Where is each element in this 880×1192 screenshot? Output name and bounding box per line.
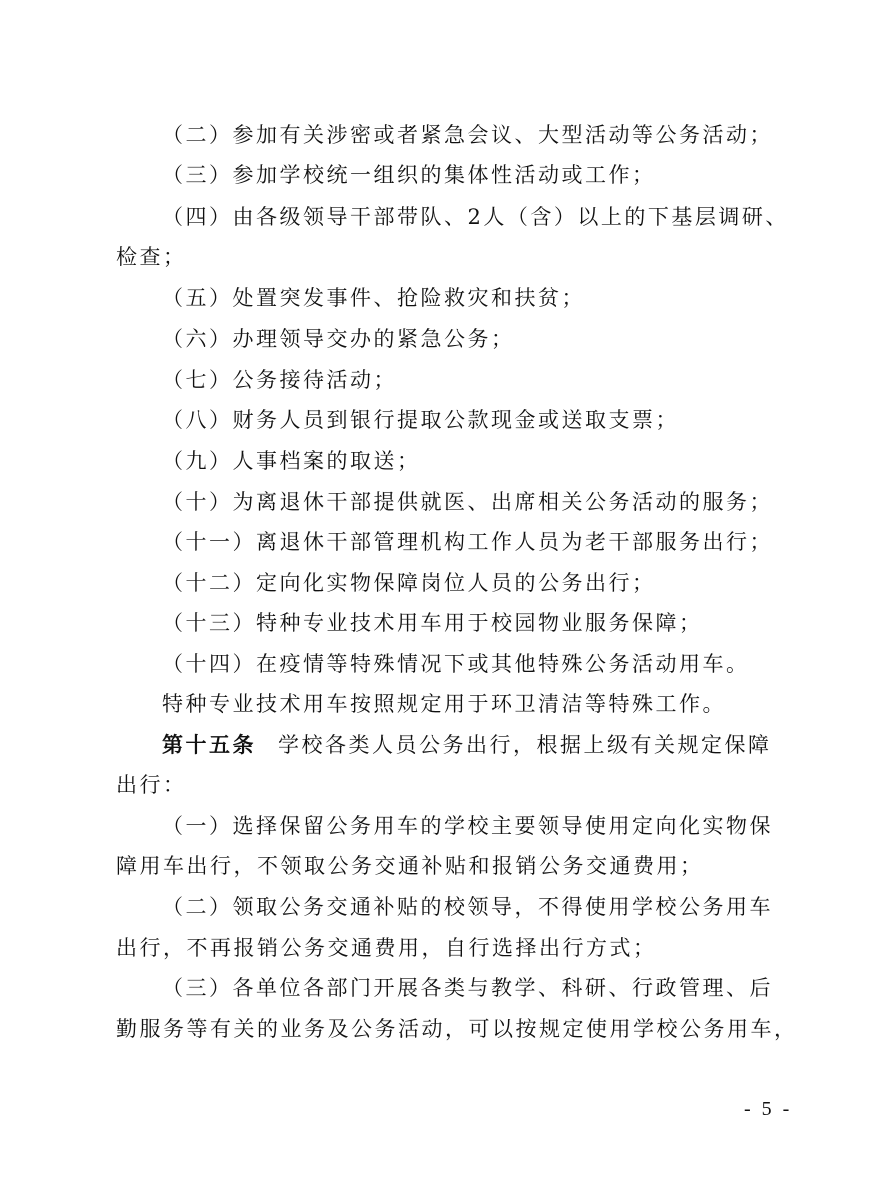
article-15-continuation: 出行： [116, 771, 187, 799]
paragraph-special-vehicles: 特种专业技术用车按照规定用于环卫清洁等特殊工作。 [162, 690, 726, 718]
list-item-4-continuation: 检查； [116, 243, 187, 271]
list-item-7: （七）公务接待活动； [162, 366, 397, 394]
page-number: - 5 - [744, 1097, 792, 1121]
list-item-11: （十一）离退休干部管理机构工作人员为老干部服务出行； [162, 528, 773, 556]
article-15-paragraph: 第十五条学校各类人员公务出行，根据上级有关规定保障 [162, 731, 772, 759]
article-item-2: （二）领取公务交通补贴的校领导，不得使用学校公务用车 [162, 893, 773, 921]
list-item-5: （五）处置突发事件、抢险救灾和扶贫； [162, 284, 585, 312]
article-item-1-continuation: 障用车出行，不领取公务交通补贴和报销公务交通费用； [116, 852, 704, 880]
list-item-14: （十四）在疫情等特殊情况下或其他特殊公务活动用车。 [162, 650, 750, 678]
list-item-10: （十）为离退休干部提供就医、出席相关公务活动的服务； [162, 488, 773, 516]
list-item-4: （四）由各级领导干部带队、2人（含）以上的下基层调研、 [162, 203, 789, 231]
list-item-13: （十三）特种专业技术用车用于校园物业服务保障； [162, 609, 703, 637]
document-page: （二）参加有关涉密或者紧急会议、大型活动等公务活动； （三）参加学校统一组织的集… [0, 0, 880, 1192]
article-heading: 第十五条 [162, 733, 256, 757]
article-item-3-continuation: 勤服务等有关的业务及公务活动，可以按规定使用学校公务用车， [116, 1015, 798, 1043]
article-item-1: （一）选择保留公务用车的学校主要领导使用定向化实物保 [162, 812, 773, 840]
article-item-2-continuation: 出行，不再报销公务交通费用，自行选择出行方式； [116, 934, 657, 962]
list-item-2: （二）参加有关涉密或者紧急会议、大型活动等公务活动； [162, 121, 773, 149]
article-text: 学校各类人员公务出行，根据上级有关规定保障 [278, 733, 772, 757]
list-item-8: （八）财务人员到银行提取公款现金或送取支票； [162, 406, 679, 434]
list-item-9: （九）人事档案的取送； [162, 447, 421, 475]
list-item-6: （六）办理领导交办的紧急公务； [162, 325, 515, 353]
list-item-12: （十二）定向化实物保障岗位人员的公务出行； [162, 569, 656, 597]
article-item-3: （三）各单位各部门开展各类与教学、科研、行政管理、后 [162, 974, 773, 1002]
list-item-3: （三）参加学校统一组织的集体性活动或工作； [162, 161, 656, 189]
